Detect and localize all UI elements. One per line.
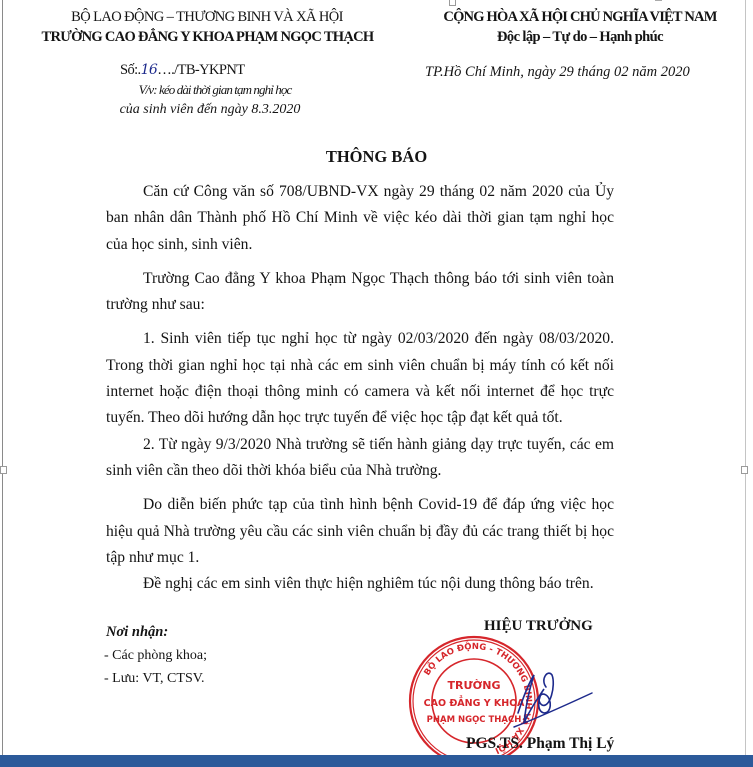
- resize-handle-left[interactable]: [0, 466, 7, 474]
- document-body: Căn cứ Công văn số 708/UBND-VX ngày 29 t…: [106, 179, 614, 597]
- national-motto: Độc lập – Tự do – Hạnh phúc: [420, 29, 740, 46]
- resize-handle-top[interactable]: [449, 0, 456, 6]
- handwritten-signature-icon: [500, 665, 600, 735]
- image-frame-right-border: [745, 0, 746, 755]
- paragraph-announcement: Trường Cao đẳng Y khoa Phạm Ngọc Thạch t…: [106, 266, 614, 319]
- paragraph-basis: Căn cứ Công văn số 708/UBND-VX ngày 29 t…: [106, 179, 614, 258]
- stamp-line-1: TRƯỜNG: [447, 679, 500, 692]
- paragraph-covid: Do diễn biến phức tạp của tình hình bệnh…: [106, 492, 614, 571]
- subject-line-1: V/v: kéo dài thời gian tạm nghỉ học: [115, 82, 315, 98]
- signer-name: PGS.TS. Phạm Thị Lý: [466, 735, 614, 753]
- recipient-item: - Các phòng khoa;: [104, 648, 207, 664]
- resize-handle-right[interactable]: [741, 466, 748, 474]
- editor-bottom-bar: [0, 755, 753, 767]
- subject-line-2: của sinh viên đến ngày 8.3.2020: [105, 102, 315, 118]
- paragraph-request: Đề nghị các em sinh viên thực hiện nghiê…: [106, 571, 614, 597]
- paragraph-item-2: 2. Từ ngày 9/3/2020 Nhà trường sẽ tiến h…: [106, 432, 614, 485]
- resize-handle-top-right[interactable]: [655, 0, 662, 1]
- doc-number-suffix: …./TB-YKPNT: [157, 62, 244, 78]
- ministry-name: BỘ LAO ĐỘNG – THƯƠNG BINH VÀ XÃ HỘI: [52, 9, 362, 26]
- doc-number-handwritten: 16: [141, 62, 158, 78]
- school-name: TRƯỜNG CAO ĐẲNG Y KHOA PHẠM NGỌC THẠCH: [40, 29, 375, 46]
- dateline: TP.Hồ Chí Minh, ngày 29 tháng 02 năm 202…: [425, 64, 690, 81]
- doc-number-prefix: Số:.: [120, 62, 141, 78]
- document-number: Số:.16…./TB-YKPNT: [120, 62, 244, 79]
- recipient-item: - Lưu: VT, CTSV.: [104, 671, 205, 687]
- republic-name: CỘNG HÒA XÃ HỘI CHỦ NGHĨA VIỆT NAM: [420, 9, 740, 26]
- document-title: THÔNG BÁO: [0, 147, 753, 167]
- image-frame-left-border: [2, 0, 3, 755]
- recipients-title: Nơi nhận:: [106, 624, 168, 641]
- paragraph-item-1: 1. Sinh viên tiếp tục nghỉ học từ ngày 0…: [106, 326, 614, 431]
